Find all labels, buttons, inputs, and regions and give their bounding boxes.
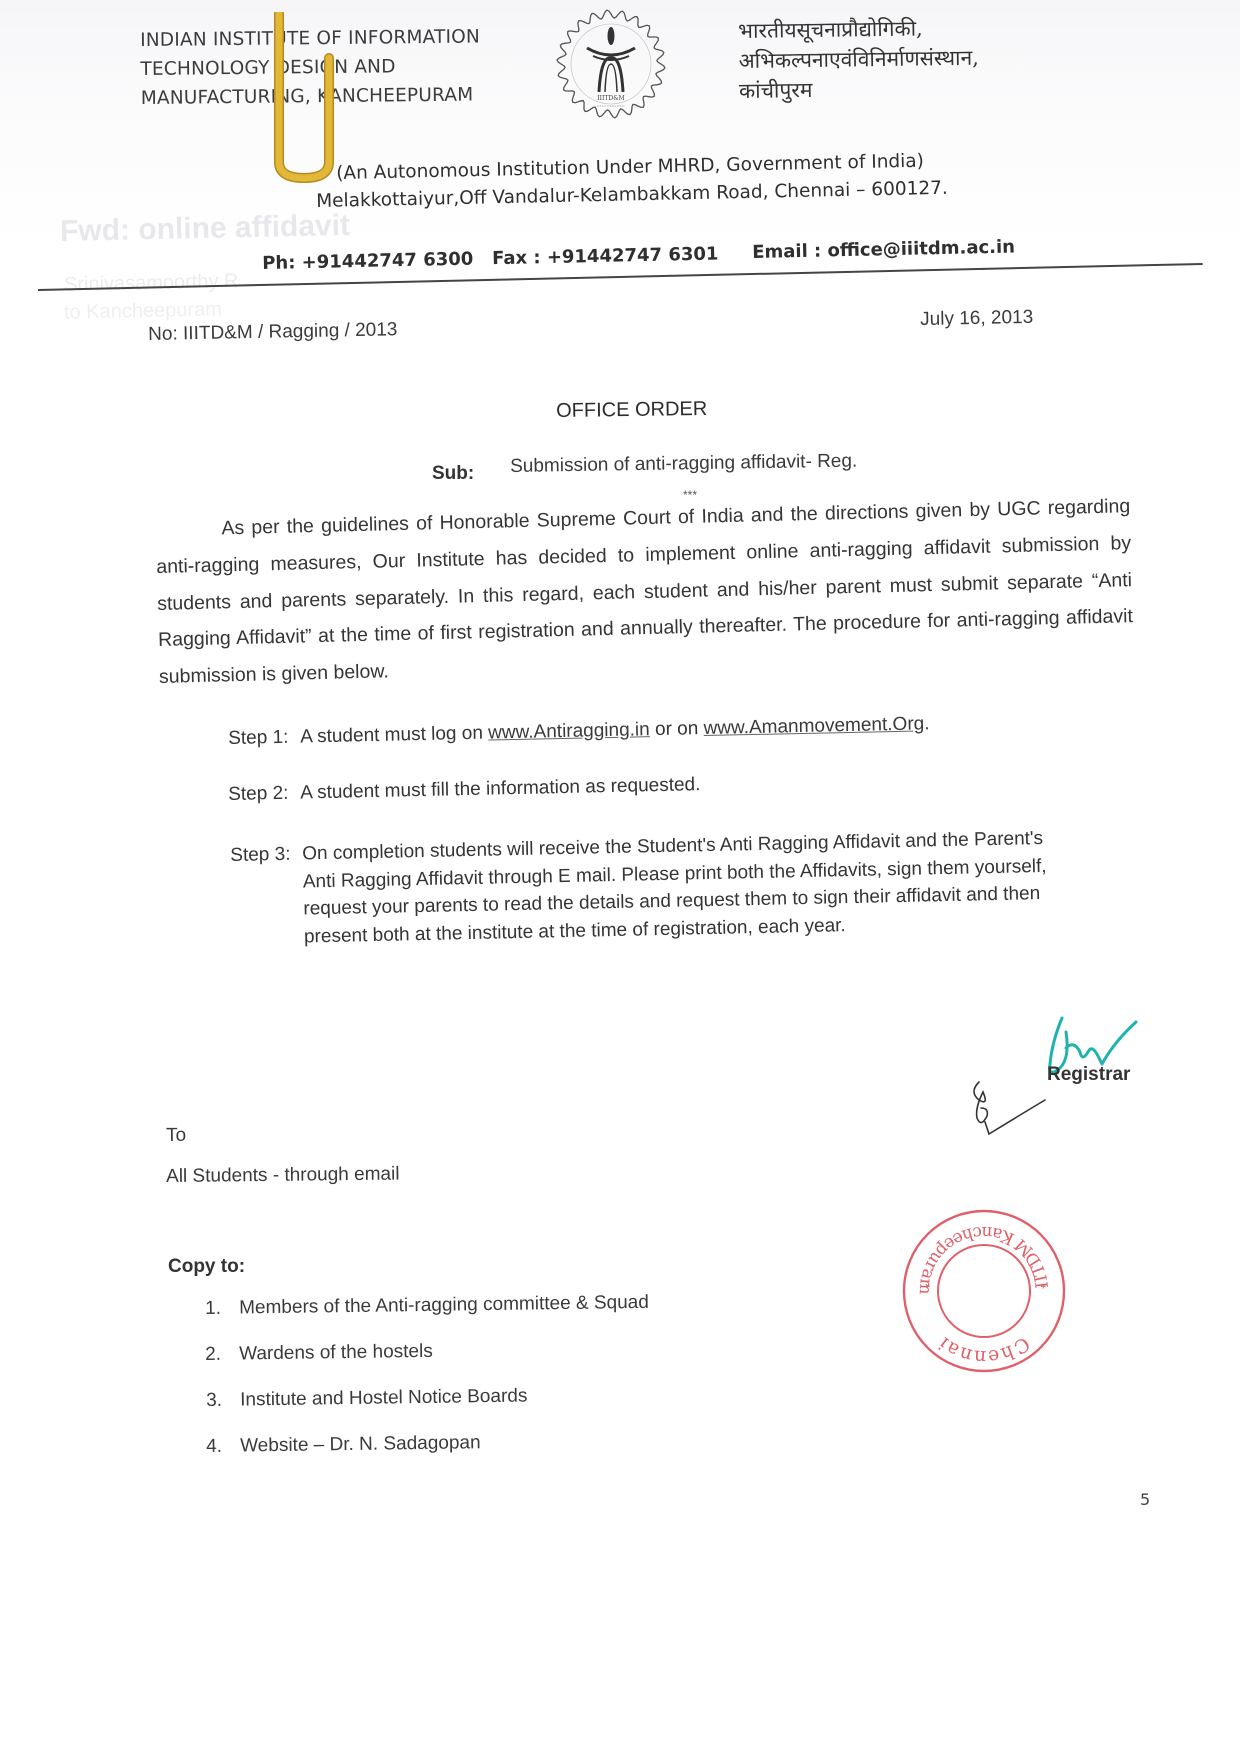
bleed-through-text: Fwd: online affidavit [60, 209, 351, 249]
initials-mark-icon [965, 1078, 1050, 1138]
antiragging-link[interactable]: www.Antiragging.in [488, 719, 650, 743]
reference-number: No: IIITD&M / Ragging / 2013 [148, 319, 398, 346]
document-title: OFFICE ORDER [556, 398, 707, 423]
procedure-step-1: Step 1:A student must log on www.Antirag… [228, 713, 930, 750]
institute-logo-icon: IIITD&M [553, 6, 669, 122]
copy-to-text: Members of the Anti-ragging committee & … [239, 1292, 649, 1319]
institute-seal-stamp-icon: Chennai IIITDM Kancheepuram * * [900, 1207, 1068, 1375]
svg-text:*: * [1040, 1276, 1046, 1292]
bleed-through-text: Srinivasamoorthy R [64, 270, 239, 297]
step-text: A student must log on [300, 723, 488, 748]
institution-address: Melakkottaiyur,Off Vandalur-Kelambakkam … [316, 178, 948, 212]
step-label: Step 3: [230, 840, 303, 869]
svg-text:*: * [924, 1276, 930, 1292]
contact-phone-fax: Ph: +91442747 6300 Fax : +91442747 6301 [262, 243, 719, 274]
copy-to-number: 4. [206, 1436, 240, 1458]
institute-name-hindi-line: अभिकल्पनाएवंविनिर्माणसंस्थान, [738, 43, 979, 76]
copy-to-number: 1. [205, 1298, 239, 1320]
contact-email: Email : office@iiitdm.ac.in [752, 236, 1015, 262]
bleed-through-text: to Kancheepuram [64, 298, 222, 324]
step-text: . [924, 713, 930, 734]
copy-to-label: Copy to: [168, 1256, 245, 1278]
institute-name-hindi-line: कांचीपुरम [739, 73, 980, 106]
step-text: A student must fill the information as r… [300, 774, 701, 803]
amanmovement-link[interactable]: www.Amanmovement.Org [703, 713, 924, 739]
fax-number: Fax : +91442747 6301 [492, 243, 719, 269]
copy-to-text: Institute and Hostel Notice Boards [240, 1386, 528, 1411]
svg-text:IIITD&M: IIITD&M [597, 95, 624, 102]
copy-to-item: 3.Institute and Hostel Notice Boards [206, 1386, 528, 1412]
institution-affiliation: (An Autonomous Institution Under MHRD, G… [336, 151, 924, 184]
step-text: On completion students will receive the … [302, 825, 1064, 951]
page-number: 5 [1140, 1490, 1150, 1509]
phone-number: Ph: +91442747 6300 [262, 249, 474, 274]
addressee-label: To [166, 1125, 186, 1147]
step-label: Step 1: [228, 726, 300, 750]
paperclip-icon [268, 12, 340, 184]
subject-text: Submission of anti-ragging affidavit- Re… [510, 451, 857, 478]
copy-to-number: 2. [205, 1344, 239, 1366]
letter-date: July 16, 2013 [920, 307, 1033, 331]
signatory-title: Registrar [1047, 1064, 1130, 1086]
procedure-step-2: Step 2:A student must fill the informati… [228, 774, 701, 806]
copy-to-text: Website – Dr. N. Sadagopan [240, 1432, 481, 1456]
copy-to-item: 4.Website – Dr. N. Sadagopan [206, 1432, 481, 1458]
institute-name-hindi-line: भारतीयसूचनाप्रौद्योगिकी, [738, 13, 979, 46]
step-text: or on [650, 718, 704, 740]
step-label: Step 2: [228, 782, 300, 806]
subject-label: Sub: [432, 463, 474, 485]
institute-name-hindi: भारतीयसूचनाप्रौद्योगिकी, अभिकल्पनाएवंविन… [738, 13, 979, 106]
procedure-step-3: Step 3:On completion students will recei… [230, 824, 1072, 952]
copy-to-item: 1.Members of the Anti-ragging committee … [205, 1292, 649, 1320]
copy-to-text: Wardens of the hostels [239, 1341, 433, 1365]
copy-to-item: 2.Wardens of the hostels [205, 1341, 433, 1366]
scanned-document-page: Fwd: online affidavit Srinivasamoorthy R… [0, 0, 1240, 1754]
body-paragraph: As per the guidelines of Honorable Supre… [155, 488, 1134, 696]
addressee-value: All Students - through email [166, 1164, 400, 1188]
copy-to-number: 3. [206, 1390, 240, 1412]
